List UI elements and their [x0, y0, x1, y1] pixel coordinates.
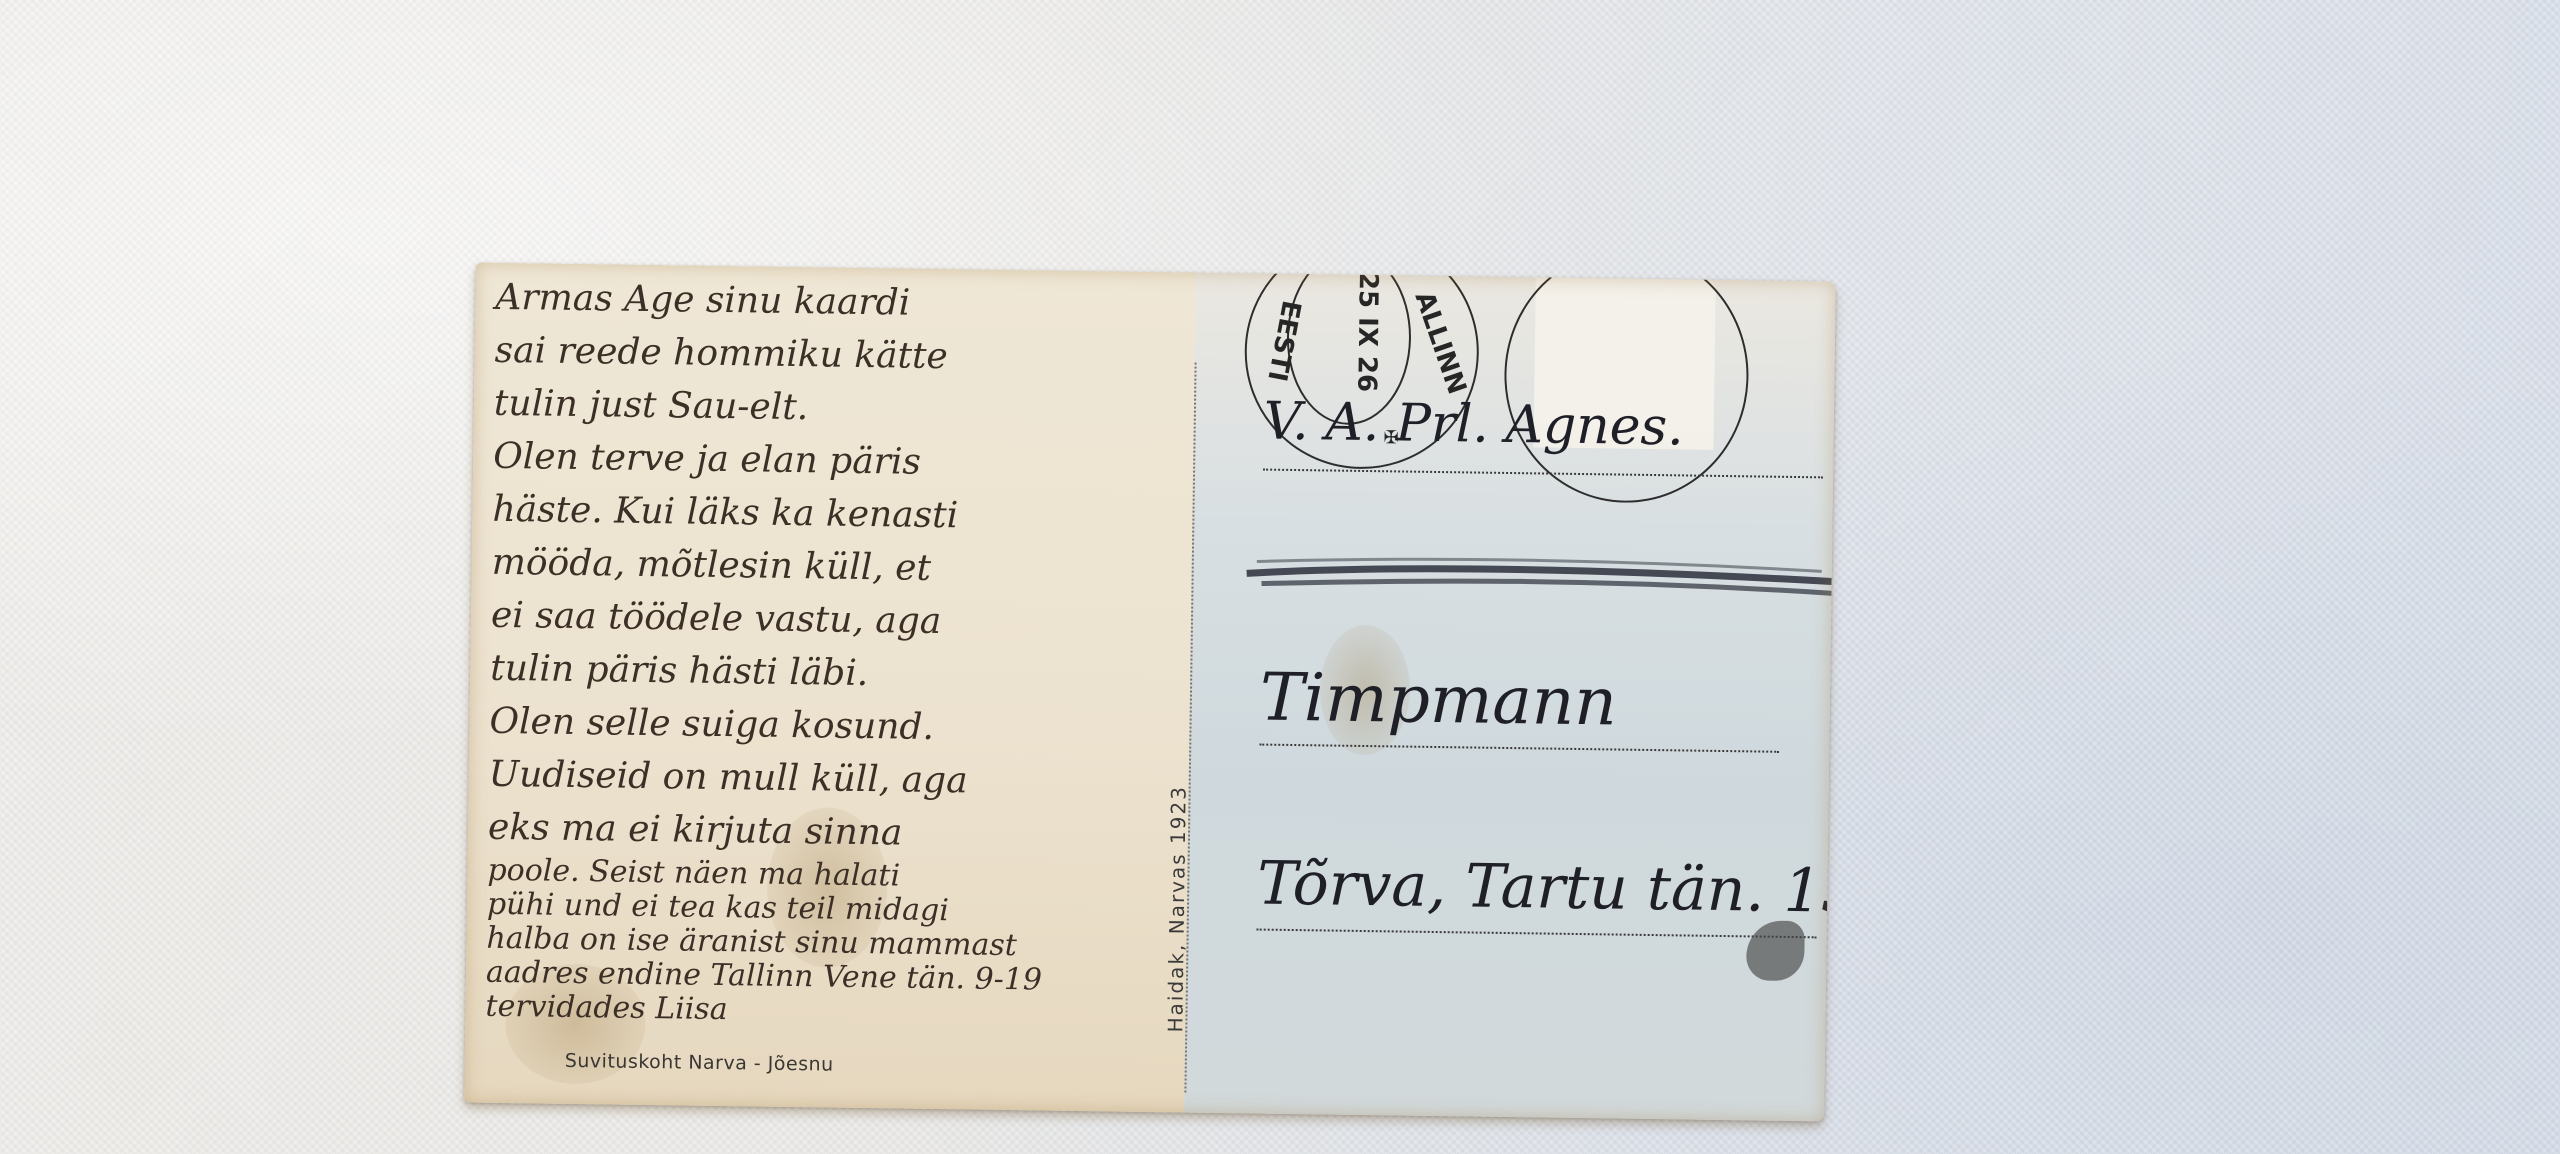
message-line: Olen selle suiga kosund. — [489, 695, 1190, 758]
message-line: Armas Age sinu kaardi — [495, 271, 1196, 334]
message-line: tulin just Sau-elt. — [494, 377, 1195, 440]
address-surname: Timpmann — [1259, 659, 1617, 741]
message-line: ei saa töödele vastu, aga — [491, 589, 1192, 652]
message-line: mööda, mõtlesin küll, et — [491, 536, 1192, 599]
message-line: tulin päris hästi läbi. — [490, 642, 1191, 705]
message-line: Olen terve ja elan päris — [493, 430, 1194, 493]
postmark-city: ALLINN — [1408, 288, 1471, 398]
printed-caption: Suvituskoht Narva - Jõesnu — [565, 1050, 834, 1076]
crossed-out-line — [1241, 543, 1836, 611]
message-line: sai reede hommiku kätte — [494, 324, 1195, 387]
address-recipient: V. A. Prl. Agnes. — [1263, 392, 1684, 458]
message-line: Uudiseid on mull küll, aga — [488, 748, 1189, 811]
address-town-street: Tõrva, Tartu tän. 13 — [1257, 849, 1836, 927]
postcard: Haidak, Narvas 1923 Armas Age sinu kaard… — [464, 263, 1836, 1122]
message-line: häste. Kui läks ka kenasti — [492, 483, 1193, 546]
postmark-date: 25 IX 26 — [1351, 272, 1383, 393]
handwritten-message: Armas Age sinu kaardi sai reede hommiku … — [485, 271, 1195, 1034]
